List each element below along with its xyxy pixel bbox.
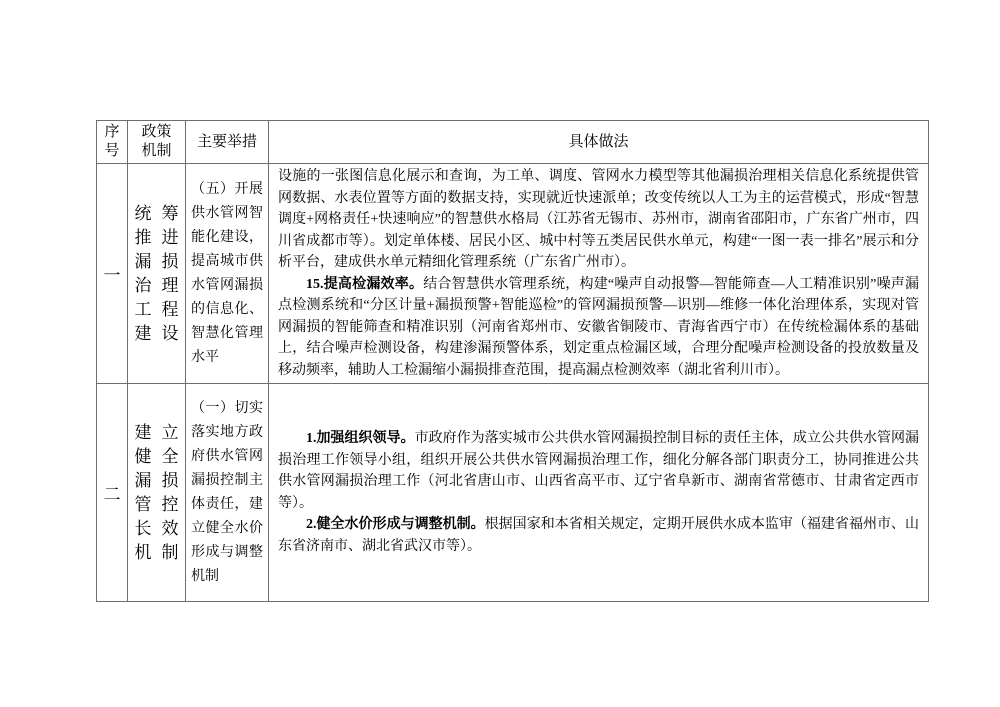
header-specific-practices-label: 具体做法: [568, 134, 628, 150]
row1-serial-number-cell: 一: [97, 164, 128, 384]
row1-main-measures-text: （五）开展供水管网智能化建设，提高城市供水管网漏损的信息化、智慧化管理水平: [191, 178, 263, 370]
row1-paragraph1-text: 设施的一张图信息化展示和查询，为工单、调度、管网水力模型等其他漏损治理相关信息化…: [278, 169, 919, 270]
table-row: 一 统筹推进漏损治理工程建设 （五）开展供水管网智能化建设，提高城市供水管网漏损…: [97, 164, 929, 384]
row1-main-measures-cell: （五）开展供水管网智能化建设，提高城市供水管网漏损的信息化、智慧化管理水平: [186, 164, 269, 384]
table-header-row: 序号 政策机制 主要举措 具体做法: [97, 121, 929, 164]
row2-paragraph2-lead: 2.健全水价形成与调整机制。: [306, 517, 485, 532]
header-specific-practices: 具体做法: [269, 121, 929, 164]
header-serial-number: 序号: [97, 121, 128, 164]
header-policy-mechanism: 政策机制: [128, 121, 186, 164]
document-page: 序号 政策机制 主要举措 具体做法 一 统筹推进漏损治理工程建设 （五）开展供水…: [0, 0, 1000, 707]
row1-policy-mechanism-text: 统筹推进漏损治理工程建设: [135, 202, 179, 346]
row1-policy-mechanism-cell: 统筹推进漏损治理工程建设: [128, 164, 186, 384]
row2-paragraph1-lead: 1.加强组织领导。: [306, 431, 415, 446]
header-main-measures-label: 主要举措: [197, 134, 257, 150]
header-serial-number-label: 序号: [104, 123, 121, 161]
row1-practice-paragraph-2: 15.提高检漏效率。结合智慧供水管理系统，构建“噪声自动报警—智能筛查—人工精准…: [278, 274, 919, 382]
row1-practice-paragraph-1: 设施的一张图信息化展示和查询，为工单、调度、管网水力模型等其他漏损治理相关信息化…: [278, 166, 919, 274]
row2-policy-mechanism-cell: 建立健全漏损管控长效机制: [128, 384, 186, 602]
header-policy-mechanism-label: 政策机制: [141, 123, 173, 161]
row1-paragraph2-lead: 15.提高检漏效率。: [306, 277, 423, 292]
row2-practice-paragraph-1: 1.加强组织领导。市政府作为落实城市公共供水管网漏损控制目标的责任主体，成立公共…: [278, 428, 919, 514]
row2-serial-number-cell: 二: [97, 384, 128, 602]
row2-main-measures-text: （一）切实落实地方政府供水管网漏损控制主体责任，建立健全水价形成与调整机制: [191, 397, 263, 589]
row1-specific-practices-cell: 设施的一张图信息化展示和查询，为工单、调度、管网水力模型等其他漏损治理相关信息化…: [269, 164, 929, 384]
row1-serial-number: 一: [104, 266, 121, 285]
row2-main-measures-cell: （一）切实落实地方政府供水管网漏损控制主体责任，建立健全水价形成与调整机制: [186, 384, 269, 602]
row2-serial-number: 二: [104, 485, 121, 504]
row2-policy-mechanism-text: 建立健全漏损管控长效机制: [135, 421, 179, 565]
row2-practice-paragraph-2: 2.健全水价形成与调整机制。根据国家和本省相关规定，定期开展供水成本监审（福建省…: [278, 514, 919, 557]
policy-measures-table: 序号 政策机制 主要举措 具体做法 一 统筹推进漏损治理工程建设 （五）开展供水…: [96, 120, 929, 602]
row2-specific-practices-cell: 1.加强组织领导。市政府作为落实城市公共供水管网漏损控制目标的责任主体，成立公共…: [269, 384, 929, 602]
header-main-measures: 主要举措: [186, 121, 269, 164]
table-row: 二 建立健全漏损管控长效机制 （一）切实落实地方政府供水管网漏损控制主体责任，建…: [97, 384, 929, 602]
